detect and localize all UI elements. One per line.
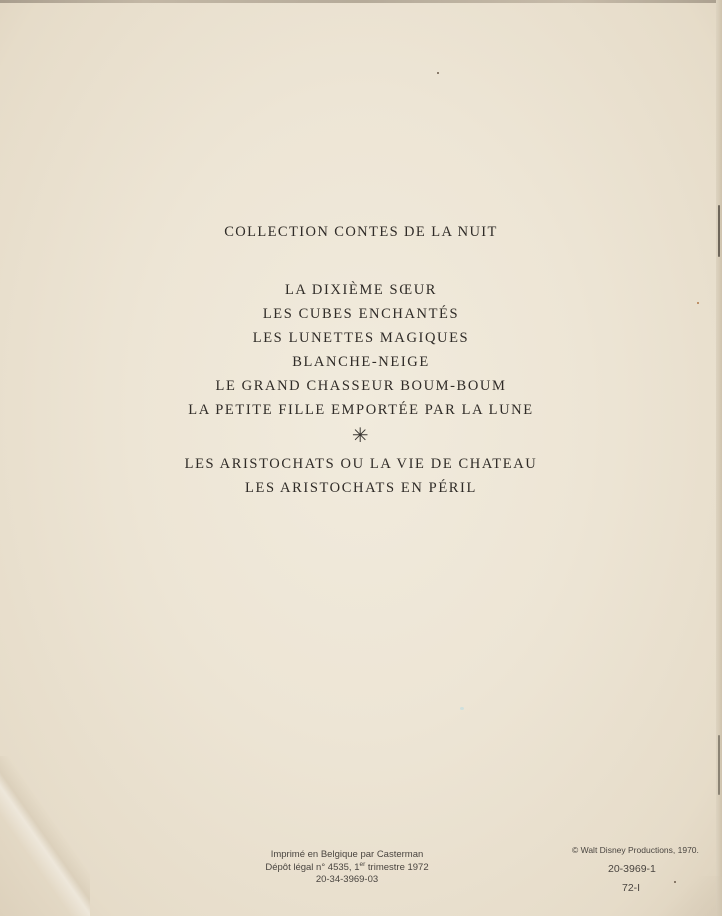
paper-speck (697, 302, 699, 304)
collection-title: LA DIXIÈME SŒUR (0, 282, 722, 299)
copyright-notice: © Walt Disney Productions, 1970. (572, 845, 699, 855)
spine-mark (718, 735, 720, 795)
imprint-line-printer: Imprimé en Belgique par Casterman (212, 849, 482, 862)
collection-title: LA PETITE FILLE EMPORTÉE PAR LA LUNE (0, 402, 722, 419)
collection-title: LES CUBES ENCHANTÉS (0, 306, 722, 323)
collection-title: BLANCHE-NEIGE (0, 354, 722, 371)
catalog-code: 20-3969-1 (608, 863, 656, 875)
imprint-line-code: 20-34-3969-03 (212, 874, 482, 887)
top-edge (0, 0, 722, 3)
legal-deposit-quarter: trimestre 1972 (365, 862, 428, 873)
paper-speck (460, 707, 464, 710)
paper-crease (0, 756, 90, 916)
collection-title: LES ARISTOCHATS EN PÉRIL (0, 480, 722, 497)
back-cover-page: COLLECTION CONTES DE LA NUIT LA DIXIÈME … (0, 0, 722, 916)
imprint-line-legal-deposit: Dépôt légal n° 4535, 1er trimestre 1972 (212, 862, 482, 875)
printer-imprint: Imprimé en Belgique par Casterman Dépôt … (212, 849, 482, 887)
asterisk-separator-icon: ✳ (0, 423, 722, 447)
legal-deposit-text: Dépôt légal n° 4535, 1 (265, 862, 359, 873)
collection-heading: COLLECTION CONTES DE LA NUIT (0, 224, 722, 241)
collection-title: LES ARISTOCHATS OU LA VIE DE CHATEAU (0, 456, 722, 473)
corner-wear (652, 876, 722, 916)
paper-speck (674, 881, 676, 883)
collection-title: LE GRAND CHASSEUR BOUM-BOUM (0, 378, 722, 395)
edition-code: 72-I (622, 882, 640, 894)
paper-speck (437, 72, 439, 74)
collection-title: LES LUNETTES MAGIQUES (0, 330, 722, 347)
